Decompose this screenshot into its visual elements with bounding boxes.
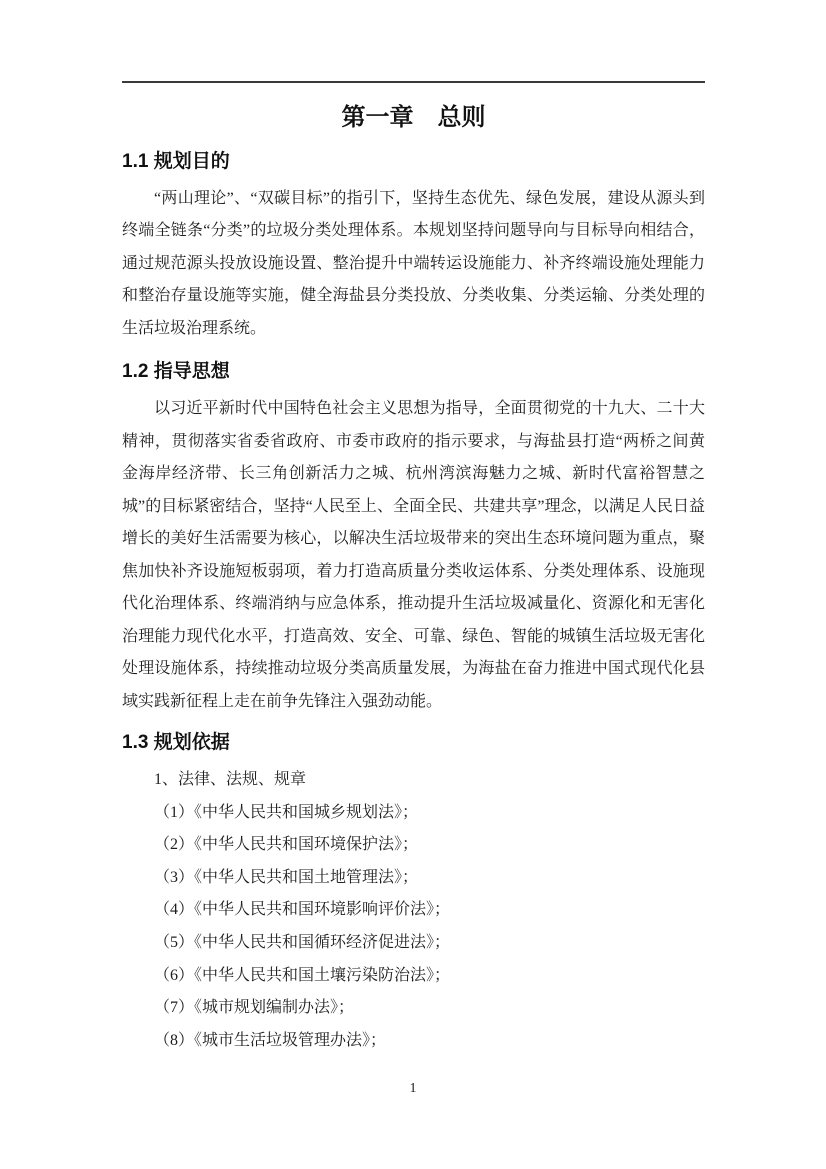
- section-heading-1-2: 1.2 指导思想: [122, 360, 705, 384]
- section-1-2: 1.2 指导思想 以习近平新时代中国特色社会主义思想为指导，全面贯彻党的十九大、…: [122, 360, 705, 718]
- section-1-1: 1.1 规划目的 “两山理论”、“双碳目标”的指引下，坚持生态优先、绿色发展，建…: [122, 150, 705, 345]
- legal-basis-list: 1、法律、法规、规章 （1）《中华人民共和国城乡规划法》； （2）《中华人民共和…: [122, 764, 705, 1057]
- section-heading-1-1: 1.1 规划目的: [122, 150, 705, 174]
- section-heading-1-3: 1.3 规划依据: [122, 731, 705, 755]
- body-paragraph: “两山理论”、“双碳目标”的指引下，坚持生态优先、绿色发展，建设从源头到终端全链…: [122, 183, 705, 346]
- legal-basis-item: （6）《中华人民共和国土壤污染防治法》；: [122, 960, 705, 993]
- body-paragraph: 以习近平新时代中国特色社会主义思想为指导，全面贯彻党的十九大、二十大精神，贯彻落…: [122, 393, 705, 718]
- legal-basis-item: （2）《中华人民共和国环境保护法》；: [122, 829, 705, 862]
- legal-basis-item: （8）《城市生活垃圾管理办法》；: [122, 1025, 705, 1058]
- legal-basis-category: 1、法律、法规、规章: [122, 764, 705, 797]
- legal-basis-item: （5）《中华人民共和国循环经济促进法》；: [122, 927, 705, 960]
- legal-basis-item: （7）《城市规划编制办法》；: [122, 992, 705, 1025]
- document-page: 第一章 总则 1.1 规划目的 “两山理论”、“双碳目标”的指引下，坚持生态优先…: [0, 0, 826, 1169]
- legal-basis-item: （3）《中华人民共和国土地管理法》；: [122, 862, 705, 895]
- header-rule: [122, 81, 705, 83]
- page-number: 1: [0, 1081, 826, 1097]
- chapter-title: 第一章 总则: [122, 102, 705, 133]
- legal-basis-item: （1）《中华人民共和国城乡规划法》；: [122, 797, 705, 830]
- section-1-3: 1.3 规划依据 1、法律、法规、规章 （1）《中华人民共和国城乡规划法》； （…: [122, 731, 705, 1057]
- page-content: 第一章 总则 1.1 规划目的 “两山理论”、“双碳目标”的指引下，坚持生态优先…: [0, 81, 826, 1057]
- legal-basis-item: （4）《中华人民共和国环境影响评价法》；: [122, 894, 705, 927]
